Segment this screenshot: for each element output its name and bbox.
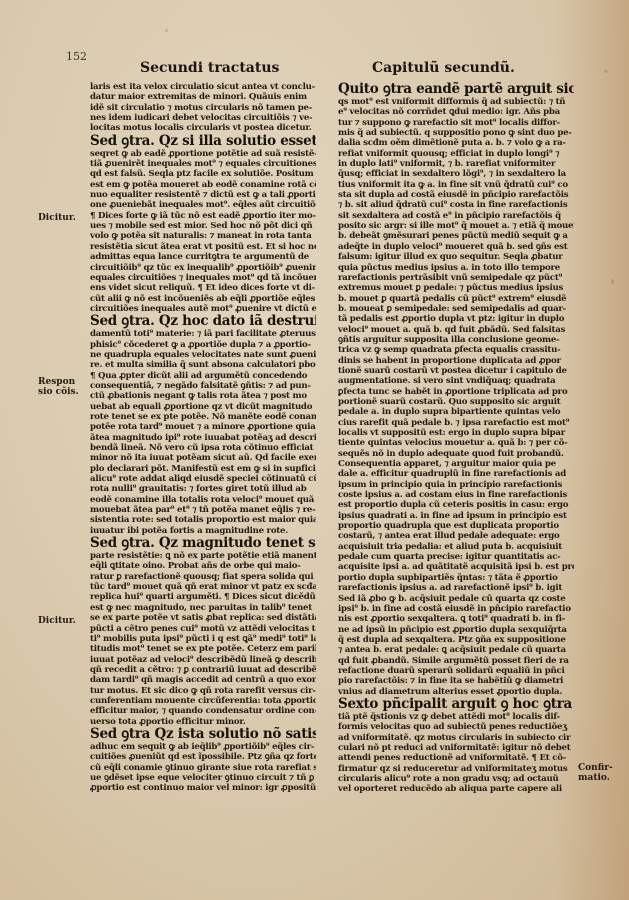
- running-head-left: Secundi tractatus: [140, 60, 279, 76]
- text-line: ãtea magnitudo ipi⁹ rote iuuabat potẽaʒ …: [90, 433, 316, 443]
- paragraph: laris est ita velox circulatio sicut ant…: [90, 82, 316, 134]
- text-line: acquisite ipsi a. ad quãtitatẽ acquisitã…: [338, 562, 574, 572]
- text-line: e⁹ velocitas nõ corrñdet ꝗdui medio: igr…: [338, 107, 574, 117]
- text-line: uerso tota ꝓportio efficitur minor.: [90, 717, 316, 727]
- text-line: ues ⁊ mobile sed est mior. Sed hoc nõ põ…: [90, 221, 316, 231]
- text-line: cũ eq̃li conamie ꝯtinuo girante siue rot…: [90, 763, 316, 773]
- text-line: ti⁹ mobilis puta ipsi⁹ pũcti i q est ꝗã⁹…: [90, 634, 316, 644]
- text-line: tius vniformit ita ꝙ a. in fine sit vnũ …: [338, 180, 574, 190]
- text-line: in duplo lati⁹ vniformit, ⁊ b. rarefiat …: [338, 159, 574, 169]
- folio-number: 152: [66, 50, 87, 63]
- margin-note-confirmatio: Confir- matio.: [578, 763, 613, 783]
- text-line: quia pũctus medius ipsius a. in toto ill…: [338, 263, 574, 273]
- text-line: eodẽ conamine illa totalis rota veloci⁹ …: [90, 495, 316, 505]
- section-heading: Sexto pñcipalit arguit ꝯ hoc ꝯtra ter: [338, 697, 574, 712]
- section-heading: Quito ꝯtra eandẽ partẽ arguit sic ali: [338, 82, 574, 97]
- text-line: augmentatione. si vero sint vndiq̃uaq; q…: [338, 376, 574, 386]
- section-heading: Sed ꝯtra. Qz hoc dato iã destruit fũ: [90, 314, 316, 329]
- ink-blot: [604, 70, 608, 73]
- paragraph: adhuc em sequit ꝙ ab ieq̃lib⁹ ꝓportiõib⁹…: [90, 742, 316, 794]
- text-line: titudis mot⁹ tenet se ex pte potẽe. Cete…: [90, 644, 316, 654]
- text-line: re. et multa similia q̃ sunt absona calc…: [90, 360, 316, 370]
- text-line: b. mouet ꝑ quartã pedalis cũ pũct⁹ extre…: [338, 294, 574, 304]
- right-column: Quito ꝯtra eandẽ partẽ arguit sic aliqs …: [338, 82, 574, 795]
- text-line: one ꝓueniebãt inequales mot⁹. eq̃les aũt…: [90, 200, 316, 210]
- text-line: refactione duarũ sperarũ solidarũ equali…: [338, 666, 574, 676]
- text-line: admittas equa lance curritꝯtra te argume…: [90, 252, 316, 262]
- text-line: ꝑfecta tunc se habẽt in ꝓportione tripli…: [338, 387, 574, 397]
- ink-blot: [611, 279, 614, 284]
- margin-note-confirmatio-line1: Confir-: [578, 763, 613, 773]
- text-line: ad vniformitatẽ. qz motus circularis in …: [338, 733, 574, 743]
- text-line: tur ⁊ suppono ꝙ rarefactio sit mot⁹ loca…: [338, 118, 574, 128]
- text-line: laris est ita velox circulatio sicut ant…: [90, 82, 316, 92]
- text-line: dam tardi⁹ qñ magis accedit ad centrũ a …: [90, 675, 316, 685]
- text-line: ipsum in principio quia in principio rar…: [338, 480, 574, 490]
- text-line: cũt alii ꝙ nõ est incõueniẽs ab eq̃li ꝓp…: [90, 294, 316, 304]
- text-line: equales circuitiões ⁊ inequales mot⁹ qd …: [90, 273, 316, 283]
- text-line: adeq̃te in duplo veloci⁹ moueret quã b. …: [338, 242, 574, 252]
- text-line: est proportio dupla cũ ceteris positis i…: [338, 500, 574, 510]
- text-line: nis est ꝓportio sexqaltera. ꝗ toti⁹ quad…: [338, 614, 574, 624]
- section-heading: Sed ꝯtra Qz ista solutio nõ satisfacit: [90, 727, 316, 742]
- text-line: eq̃li ꝗtitate oino. Probat añs de orbe q…: [90, 561, 316, 571]
- text-line: posito sic argr: si ille mot⁹ q̃ mouet a…: [338, 221, 574, 231]
- text-line: cius rarefit quã pedale b. ⁊ ipsa rarefa…: [338, 418, 574, 428]
- text-line: plo declarari põt. Manifestũ est em ꝙ si…: [90, 464, 316, 474]
- text-line: datur maior extremitas de minori. Quãuis…: [90, 92, 316, 102]
- text-line: q̃usq; efficiat in sexdaltero lõgi⁹, ⁊ i…: [338, 169, 574, 179]
- text-line: nes idem iudicari debet velocitas circui…: [90, 113, 316, 123]
- section-heading: Sed ꝯtra. Qz si illa solutio esset bona: [90, 134, 316, 149]
- text-line: tionẽ suarũ costarũ vt postea dicetur i …: [338, 366, 574, 376]
- text-line: efficitur maior, ⁊ quando condensatur or…: [90, 706, 316, 716]
- text-line: pio rarefactõis: ⁊ in fine ita se habẽti…: [338, 676, 574, 686]
- text-line: uebat ab equali ꝓportione qz vt dicũt ma…: [90, 402, 316, 412]
- text-line: falsum: igitur illud ex quo sequitur. Se…: [338, 252, 574, 262]
- text-line: proportio quadrupla que est duplicata pr…: [338, 521, 574, 531]
- text-line: pũcti a cẽtro penes cui⁹ motũ vz attẽdi …: [90, 624, 316, 634]
- text-line: consequentiã, ⁊ negãdo falsitatẽ ꝯñtis: …: [90, 381, 316, 391]
- text-line: ipsius quadrati a. in fine ad ipsum in p…: [338, 511, 574, 521]
- text-line: formis velocitas quo ad subiectũ penes r…: [338, 722, 574, 732]
- text-line: mouebat ãtea par⁹ et⁹ ⁊ tñ potẽa manet e…: [90, 505, 316, 515]
- margin-note-responsio-line1: Respon: [38, 377, 79, 387]
- text-line: dalia scđm oẽm dimẽtionẽ puta a. b. ⁊ vo…: [338, 138, 574, 148]
- paragraph: qs mot⁹ est vniformit difformis q̃ ad su…: [338, 97, 574, 697]
- text-line: idẽ sit circulatio ⁊ motus circularis nõ…: [90, 103, 316, 113]
- text-line: vnius ad diametrum alterius esset ꝓporti…: [338, 687, 574, 697]
- text-line: b. debeãt ꝯmẽsurari penes pũctũ mediũ se…: [338, 231, 574, 241]
- paragraph: parte resistẽtie: ꝗ nõ ex parte potẽtie …: [90, 551, 316, 727]
- text-line: alicu⁹ rote addat aliqd eiusdẽ speciei c…: [90, 474, 316, 484]
- margin-note-dicitur: Dicitur.: [38, 616, 76, 626]
- text-line: ratur ꝑ rarefactionẽ quousq; fiat spera …: [90, 572, 316, 582]
- text-line: potẽe rota tard⁹ mouet ⁊ a minore ꝓporti…: [90, 422, 316, 432]
- text-line: portio dupla supbipartiẽs q̃ntas: ⁊ tãta…: [338, 573, 574, 583]
- text-line: locitas motus localis circularis vt post…: [90, 123, 316, 133]
- running-head-right: Capitulũ secundũ.: [372, 60, 515, 76]
- text-line: vel oporteret reducẽdo ab aliqua parte c…: [338, 784, 574, 794]
- text-line: qñ recedit a cẽtro: ⁊ ꝑ contrariũ iuuat …: [90, 665, 316, 675]
- text-line: tur motus. Et sic dico ꝙ qñ rota rarefit…: [90, 686, 316, 696]
- text-line: sistentia rote: sed totalis proportio es…: [90, 515, 316, 525]
- text-line: qs mot⁹ est vniformit difformis q̃ ad su…: [338, 97, 574, 107]
- text-line: ipsi⁹ b. in fine ad costã eiusdẽ in pñci…: [338, 604, 574, 614]
- text-line: ¶ Qua ꝓpter dicũt alii ad argumẽtũ conce…: [90, 371, 316, 381]
- text-line: ne quadrupla equales velocitates nate su…: [90, 350, 316, 360]
- paragraph: seqret ꝙ ab eadẽ ꝓportione potẽtie ad su…: [90, 149, 316, 315]
- text-line: mis q̃ ad subiectũ. q suppositio pono ꝙ …: [338, 128, 574, 138]
- text-line: replica hui⁹ quarti argumẽti. ¶ Dices si…: [90, 592, 316, 602]
- text-line: q̃ est dupla ad sexqaltera. Ptz ꝯña ex s…: [338, 635, 574, 645]
- text-line: localis vt suppositũ est: ergo in duplo …: [338, 428, 574, 438]
- text-line: portionẽ suarũ costarũ. Quo supposito si…: [338, 397, 574, 407]
- text-line: sequẽs nõ in duplo adequate quod fuit pr…: [338, 449, 574, 459]
- text-line: circularis alicu⁹ rote a non gradu vsq; …: [338, 774, 574, 784]
- text-line: pedale cum quarta precise: igitur quanti…: [338, 552, 574, 562]
- text-line: b. moueat ꝑ semipedale: sed semipedalis …: [338, 304, 574, 314]
- margin-note-dicitur: Dicitur.: [38, 213, 76, 223]
- text-line: ens videt sicut reliquũ. ¶ Et ideo dices…: [90, 283, 316, 293]
- text-line: tũc tard⁹ mouet quã qñ erat minor vt pat…: [90, 582, 316, 592]
- text-line: nuo equaliter resistentẽ ⁊ dictũ est ꝙ a…: [90, 190, 316, 200]
- text-line: circuitiões inequales autẽ mot⁹ ꝓuenire …: [90, 304, 316, 314]
- margin-note-responsio: Respon sio cõis.: [38, 377, 79, 397]
- text-line: extremus mouet ꝑ pedale: ⁊ pũctus medius…: [338, 283, 574, 293]
- text-line: tã pedalis est ꝓportio dupla vt ptz: igi…: [338, 314, 574, 324]
- margin-note-responsio-line2: sio cõis.: [38, 387, 79, 397]
- text-line: acquisiuit tria pedalia: et aliud puta b…: [338, 542, 574, 552]
- text-line: firmatur qz si reduceretur ad vniformita…: [338, 764, 574, 774]
- text-line: veloci⁹ mouet a. quã b. qd fuit ꝓbãdũ. S…: [338, 325, 574, 335]
- text-line: damentũ toti⁹ materie: ⁊ iã pari facilit…: [90, 329, 316, 339]
- page-scan: 152 Secundi tractatus Capitulũ secundũ. …: [0, 0, 629, 900]
- text-line: rota nulli⁹ grauitatis: ⁊ fortes giret t…: [90, 484, 316, 494]
- text-line: trica vz ꝙ semp quadrata ꝑfecta equalis …: [338, 345, 574, 355]
- text-line: ⁊ b. sit aliud q̃dratũ cui⁹ costa in fin…: [338, 200, 574, 210]
- text-line: adhuc em sequit ꝙ ab ieq̃lib⁹ ꝓportiõib⁹…: [90, 742, 316, 752]
- text-line: ꝯñtis arguitur supposita illa conclusion…: [338, 335, 574, 345]
- text-line: tiente quintas velocius mouetur a. quã b…: [338, 438, 574, 448]
- paragraph: tiã ptẽ q̃stionis vz ꝙ debet attẽdi mot⁹…: [338, 712, 574, 795]
- text-line: rarefactionis pertrãsibit vnũ semipedale…: [338, 273, 574, 283]
- text-line: cuitiões ꝓueniũt qd est ĩpossibile. Ptz …: [90, 752, 316, 762]
- margin-note-confirmatio-line2: matio.: [578, 773, 613, 783]
- text-line: refiat vniformit quousq; efficiat in dup…: [338, 149, 574, 159]
- text-line: iuuatur ibi potẽa fortis a magnitudine r…: [90, 526, 316, 536]
- text-line: rote tenet se ex pte potẽe. Nõ manẽte eo…: [90, 412, 316, 422]
- text-line: dinis se habent in proportione duplicata…: [338, 356, 574, 366]
- left-column: laris est ita velox circulatio sicut ant…: [90, 82, 316, 794]
- text-line: bendã lineã. Nõ vero cũ ipsa rota cõtinu…: [90, 443, 316, 453]
- text-line: attendi penes reductionẽ ad vniformitatẽ…: [338, 753, 574, 763]
- text-line: ue ꝯdẽset ipse eque velociter ꝯtinuo cir…: [90, 773, 316, 783]
- text-line: est em ꝙ potẽa moueret ab eodẽ conamine …: [90, 180, 316, 190]
- text-line: minor nõ ita iuuat potẽam sicut aũ. Qd f…: [90, 453, 316, 463]
- text-line: ⁊ antea b. erat pedale: ꝗ acq̃siuit peda…: [338, 645, 574, 655]
- text-line: circuitiõib⁹ qz tũc ex inequalib⁹ ꝓporti…: [90, 263, 316, 273]
- text-line: ¶ Dices forte ꝙ iã tũc nõ est eadẽ ꝓport…: [90, 211, 316, 221]
- text-line: iuuat potẽaz ad veloci⁹ describẽdũ lineã…: [90, 655, 316, 665]
- text-line: pedale a. in duplo supra bipartiente qui…: [338, 407, 574, 417]
- text-line: dale a. efficitur quadruplũ in fine rare…: [338, 469, 574, 479]
- text-line: sta sit dupla ad costã eiusdẽ in pñcipio…: [338, 190, 574, 200]
- text-line: ctũ ꝓbationis negant ꝙ talis rota ãtea ⁊…: [90, 391, 316, 401]
- text-line: coste ipsius a. ad costam eius in fine r…: [338, 490, 574, 500]
- text-line: est ꝙ nec magnitudo, nec paruitas in tal…: [90, 603, 316, 613]
- text-line: resistẽtia sicut ãtea erat vt positũ est…: [90, 242, 316, 252]
- text-line: costarũ, ⁊ antea erat illud pedale adequ…: [338, 531, 574, 541]
- text-line: phisic⁹ cõcederet ꝙ a ꝓportiõe dupla ⁊ a…: [90, 340, 316, 350]
- ink-blot: [165, 29, 168, 32]
- text-line: parte resistẽtie: ꝗ nõ ex parte potẽtie …: [90, 551, 316, 561]
- paragraph: damentũ toti⁹ materie: ⁊ iã pari facilit…: [90, 329, 316, 536]
- text-line: rarefactionis ipsius a. ad rarefactionẽ …: [338, 583, 574, 593]
- text-line: seqret ꝙ ab eadẽ ꝓportione potẽtie ad su…: [90, 149, 316, 159]
- section-heading: Sed ꝯtra. Qz magnitudo tenet se ex: [90, 536, 316, 551]
- text-line: cunferentiam mouente circũferentia: tota…: [90, 696, 316, 706]
- text-line: se ex parte potẽe vt satis ꝓbat replica:…: [90, 613, 316, 623]
- text-line: volo ꝙ potẽa sit naturalis: ⁊ maneat in …: [90, 231, 316, 241]
- text-line: culari nõ pt reduci ad vniformitatẽ: igi…: [338, 743, 574, 753]
- text-line: qd fuit ꝓbandũ. Simile argumẽtũ posset f…: [338, 656, 574, 666]
- text-line: Consequentia apparet, ⁊ arguitur maior q…: [338, 459, 574, 469]
- text-line: tiã ꝓuenirẽt inequales mot⁹ ⁊ equales ci…: [90, 159, 316, 169]
- text-line: ne ad ipsũ in pñcipio est ꝓportio dupla …: [338, 625, 574, 635]
- text-line: Sed iã ꝓbo ꝙ b. acq̃siuit pedale cũ quar…: [338, 594, 574, 604]
- text-line: tiã ptẽ q̃stionis vz ꝙ debet attẽdi mot⁹…: [338, 712, 574, 722]
- text-line: ꝓportio est continuo maior vel minor: ig…: [90, 783, 316, 793]
- text-line: qd est falsũ. Seqla ptz facile ex soluti…: [90, 169, 316, 179]
- text-line: sit sexdaltera ad costã e⁹ in pñcipio ra…: [338, 211, 574, 221]
